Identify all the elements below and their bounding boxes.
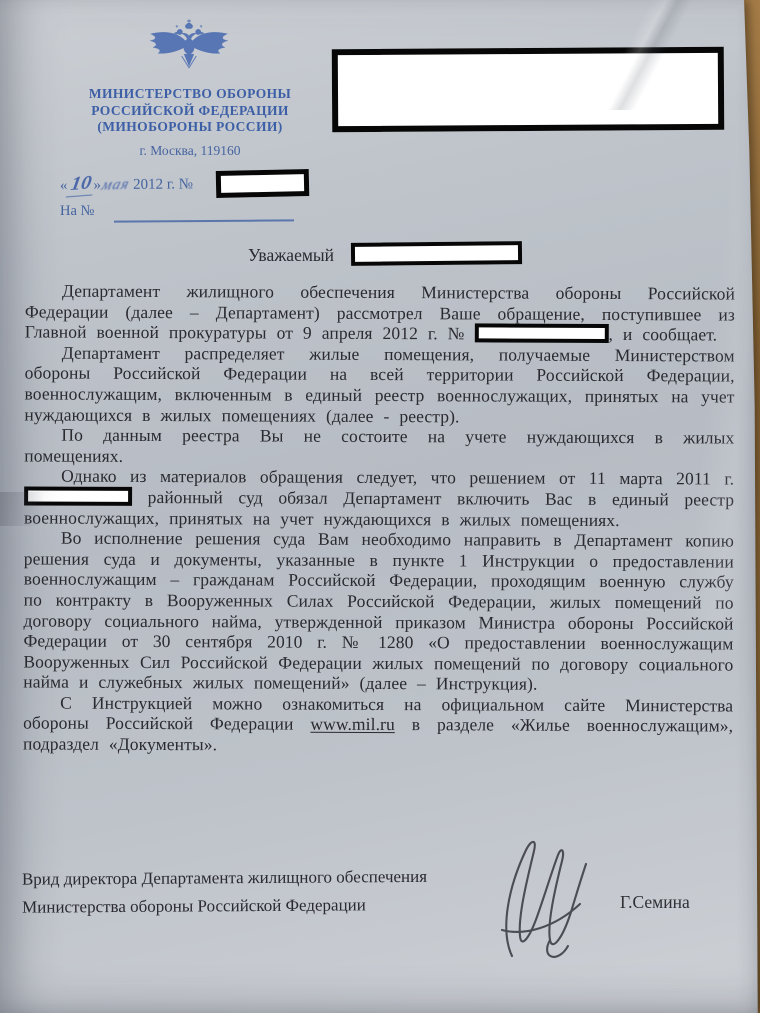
paragraph-1-text-b: , и сообщает. xyxy=(608,324,717,344)
handwritten-signature-icon xyxy=(482,834,632,964)
ministry-line-3: (МИНОБОРОНЫ РОССИИ) xyxy=(20,119,360,136)
signer-name: Г.Семина xyxy=(620,892,690,913)
letterhead-city-line: г. Москва, 119160 xyxy=(20,143,360,159)
letter-body: Департамент жилищного обеспечения Минист… xyxy=(23,280,735,757)
redaction-box-addressee-name xyxy=(351,241,522,266)
redaction-box-addressee xyxy=(332,47,724,132)
date-year-label: 2012 г. № xyxy=(133,176,193,193)
reply-ref-label: На № xyxy=(60,203,94,220)
signer-title: Врид директора Департамента жилищного об… xyxy=(22,862,502,921)
handwritten-date-month: мая xyxy=(100,176,132,194)
handwritten-date-day: 10 xyxy=(65,171,95,197)
redaction-box-incoming-number xyxy=(474,324,608,344)
letterhead-ministry-name: МИНИСТЕРСТВО ОБОРОНЫ РОССИЙСКОЙ ФЕДЕРАЦИ… xyxy=(20,86,360,136)
body-paragraph-4: Однако из материалов обращения следует, … xyxy=(24,466,734,531)
ministry-double-headed-eagle-icon xyxy=(143,17,235,73)
redaction-box-outgoing-number xyxy=(216,169,310,198)
ministry-line-2: РОССИЙСКОЙ ФЕДЕРАЦИИ xyxy=(20,103,360,120)
mil-ru-website-link: www.mil.ru xyxy=(310,714,395,734)
body-paragraph-3: По данным реестра Вы не состоите на учет… xyxy=(24,425,734,469)
letter-paper: МИНИСТЕРСТВО ОБОРОНЫ РОССИЙСКОЙ ФЕДЕРАЦИ… xyxy=(0,0,760,1013)
body-paragraph-6: С Инструкцией можно ознакомиться на офиц… xyxy=(23,692,733,757)
date-line: «10»мая2012 г. № xyxy=(60,171,193,196)
ministry-line-1: МИНИСТЕРСТВО ОБОРОНЫ xyxy=(20,86,360,103)
body-paragraph-5: Во исполнение решения суда Вам необходим… xyxy=(23,528,734,696)
reply-ref-blank-line xyxy=(114,219,294,222)
signer-title-line-2: Министерства обороны Российской Федераци… xyxy=(22,890,502,921)
redaction-box-court-name xyxy=(24,486,132,505)
photo-of-letter-on-desk: МИНИСТЕРСТВО ОБОРОНЫ РОССИЙСКОЙ ФЕДЕРАЦИ… xyxy=(0,0,760,1013)
paragraph-4-text-a: Однако из материалов обращения следует, … xyxy=(61,466,734,489)
body-paragraph-1: Департамент жилищного обеспечения Минист… xyxy=(25,280,735,345)
salutation: Уважаемый xyxy=(248,245,334,266)
signer-title-line-1: Врид директора Департамента жилищного об… xyxy=(22,862,502,893)
body-paragraph-2: Департамент распределяет жилые помещения… xyxy=(24,342,734,427)
